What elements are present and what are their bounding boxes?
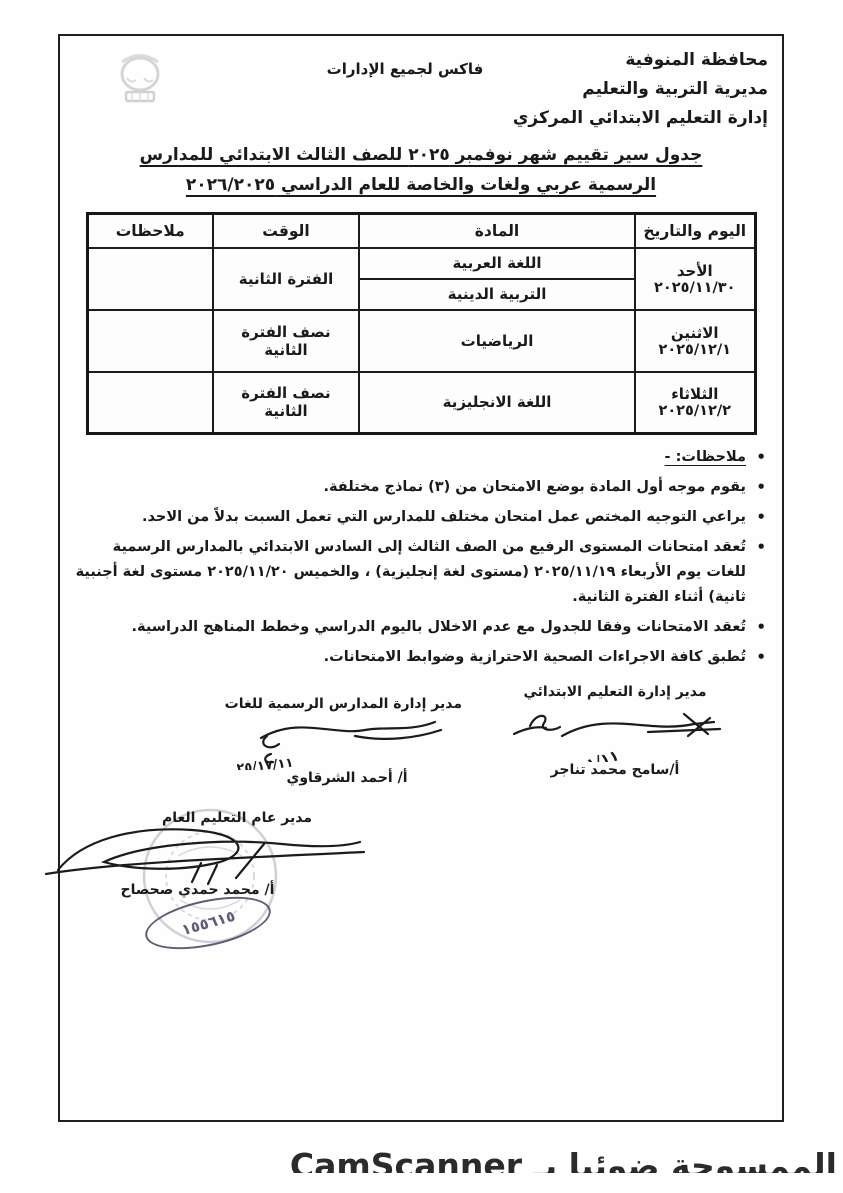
cell-notes-sunday [87, 248, 213, 310]
note-item-text: يراعي التوجيه المختص عمل امتحان مختلف لل… [142, 505, 746, 530]
document-title: جدول سير تقييم شهر نوفمبر ٢٠٢٥ للصف الثا… [60, 140, 782, 200]
note-item: تُعقد امتحانات المستوى الرفيع من الصف ال… [70, 535, 766, 610]
fax-note: فاكس لجميع الإدارات [275, 60, 535, 78]
cell-time-sunday: الفترة الثانية [213, 248, 359, 310]
note-item-text: يقوم موجه أول المادة بوضع الامتحان من (٣… [323, 475, 746, 500]
signature-name: أ/سامح محمد تناجر [496, 762, 734, 778]
cell-subject-religion: التربية الدينية [359, 279, 635, 310]
camscanner-watermark: الممسوحة ضوئيا بـ CamScanner [290, 1146, 837, 1173]
note-item: تُعقد الامتحانات وفقا للجدول مع عدم الاخ… [70, 615, 766, 640]
cell-day-monday: الاثنين ٢٠٢٥/١٢/١ [635, 310, 755, 372]
note-heading-row: ملاحظات: - [70, 445, 766, 470]
signature-name: أ/ محمد حمدي صحصاح [100, 882, 295, 898]
note-item: تُطبق كافة الاجراءات الصحية الاحترازية و… [70, 645, 766, 670]
table-row-tuesday: الثلاثاء ٢٠٢٥/١٢/٢ اللغة الانجليزية نصف … [87, 372, 755, 434]
note-item: يراعي التوجيه المختص عمل امتحان مختلف لل… [70, 505, 766, 530]
note-item-text: تُعقد الامتحانات وفقا للجدول مع عدم الاخ… [132, 615, 746, 640]
bullet-icon [746, 475, 766, 499]
col-header-time: الوقت [213, 214, 359, 248]
exam-schedule-table: اليوم والتاريخ المادة الوقت ملاحظات الأح… [86, 212, 757, 435]
cell-subject-english: اللغة الانجليزية [359, 372, 635, 434]
handwritten-date: ٢٠٢٥/١٧/١١ [237, 756, 294, 770]
cell-time-tuesday: نصف الفترة الثانية [213, 372, 359, 434]
signature-title: مدير إدارة التعليم الابتدائي [496, 684, 734, 700]
handwritten-date: ١١/١١ [575, 746, 621, 762]
signature-scribble-icon: ٢٠٢٥/١٧/١١ [237, 712, 457, 770]
cell-notes-tuesday [87, 372, 213, 434]
note-item-text: تُطبق كافة الاجراءات الصحية الاحترازية و… [324, 645, 746, 670]
day-name: الثلاثاء [640, 385, 750, 403]
table-row-sunday: الأحد ٢٠٢٥/١١/٣٠ اللغة العربية الفترة ال… [87, 248, 755, 279]
signatures-section: مدير إدارة التعليم الابتدائي ١١/١١ أ/سام… [60, 676, 782, 962]
bullet-icon [746, 645, 766, 669]
bullet-icon [746, 445, 766, 469]
bullet-icon [746, 505, 766, 529]
notes-section: ملاحظات: - يقوم موجه أول المادة بوضع الا… [60, 445, 782, 670]
signature-title: مدير إدارة المدارس الرسمية للغات [232, 696, 462, 712]
document-title-line-2: الرسمية عربي ولغات والخاصة للعام الدراسي… [60, 170, 782, 200]
bullet-icon [746, 535, 766, 559]
document-title-line-1: جدول سير تقييم شهر نوفمبر ٢٠٢٥ للصف الثا… [60, 140, 782, 170]
day-date: ٢٠٢٥/١٢/١ [640, 342, 750, 358]
cell-day-sunday: الأحد ٢٠٢٥/١١/٣٠ [635, 248, 755, 310]
signature-name-general-education: أ/ محمد حمدي صحصاح [100, 882, 295, 898]
signature-block-language-schools: مدير إدارة المدارس الرسمية للغات ٢٠٢٥/١٧… [232, 696, 462, 786]
cell-notes-monday [87, 310, 213, 372]
note-item-text: تُعقد امتحانات المستوى الرفيع من الصف ال… [70, 535, 746, 610]
cell-day-tuesday: الثلاثاء ٢٠٢٥/١٢/٢ [635, 372, 755, 434]
cell-subject-arabic: اللغة العربية [359, 248, 635, 279]
table-header-row: اليوم والتاريخ المادة الوقت ملاحظات [87, 214, 755, 248]
day-name: الأحد [640, 262, 750, 280]
stamp-number: ١٥٥٦١٥ [179, 907, 237, 939]
signature-scribble-icon: ١١/١١ [500, 700, 730, 762]
day-date: ٢٠٢٥/١١/٣٠ [640, 280, 750, 296]
cell-time-monday: نصف الفترة الثانية [213, 310, 359, 372]
col-header-notes: ملاحظات [87, 214, 213, 248]
notes-heading: ملاحظات: - [665, 445, 746, 470]
signature-name: أ/ أحمد الشرقاوي [232, 770, 462, 786]
scanned-document-frame: محافظة المنوفية مديرية التربية والتعليم … [58, 34, 784, 1122]
document-header: محافظة المنوفية مديرية التربية والتعليم … [60, 36, 782, 132]
national-eagle-emblem-icon [102, 48, 178, 110]
col-header-day-date: اليوم والتاريخ [635, 214, 755, 248]
signature-block-primary-education: مدير إدارة التعليم الابتدائي ١١/١١ أ/سام… [496, 684, 734, 778]
day-date: ٢٠٢٥/١٢/٢ [640, 403, 750, 419]
day-name: الاثنين [640, 324, 750, 342]
cell-subject-math: الرياضيات [359, 310, 635, 372]
bullet-icon [746, 615, 766, 639]
col-header-subject: المادة [359, 214, 635, 248]
note-item: يقوم موجه أول المادة بوضع الامتحان من (٣… [70, 475, 766, 500]
table-row-monday: الاثنين ٢٠٢٥/١٢/١ الرياضيات نصف الفترة ا… [87, 310, 755, 372]
